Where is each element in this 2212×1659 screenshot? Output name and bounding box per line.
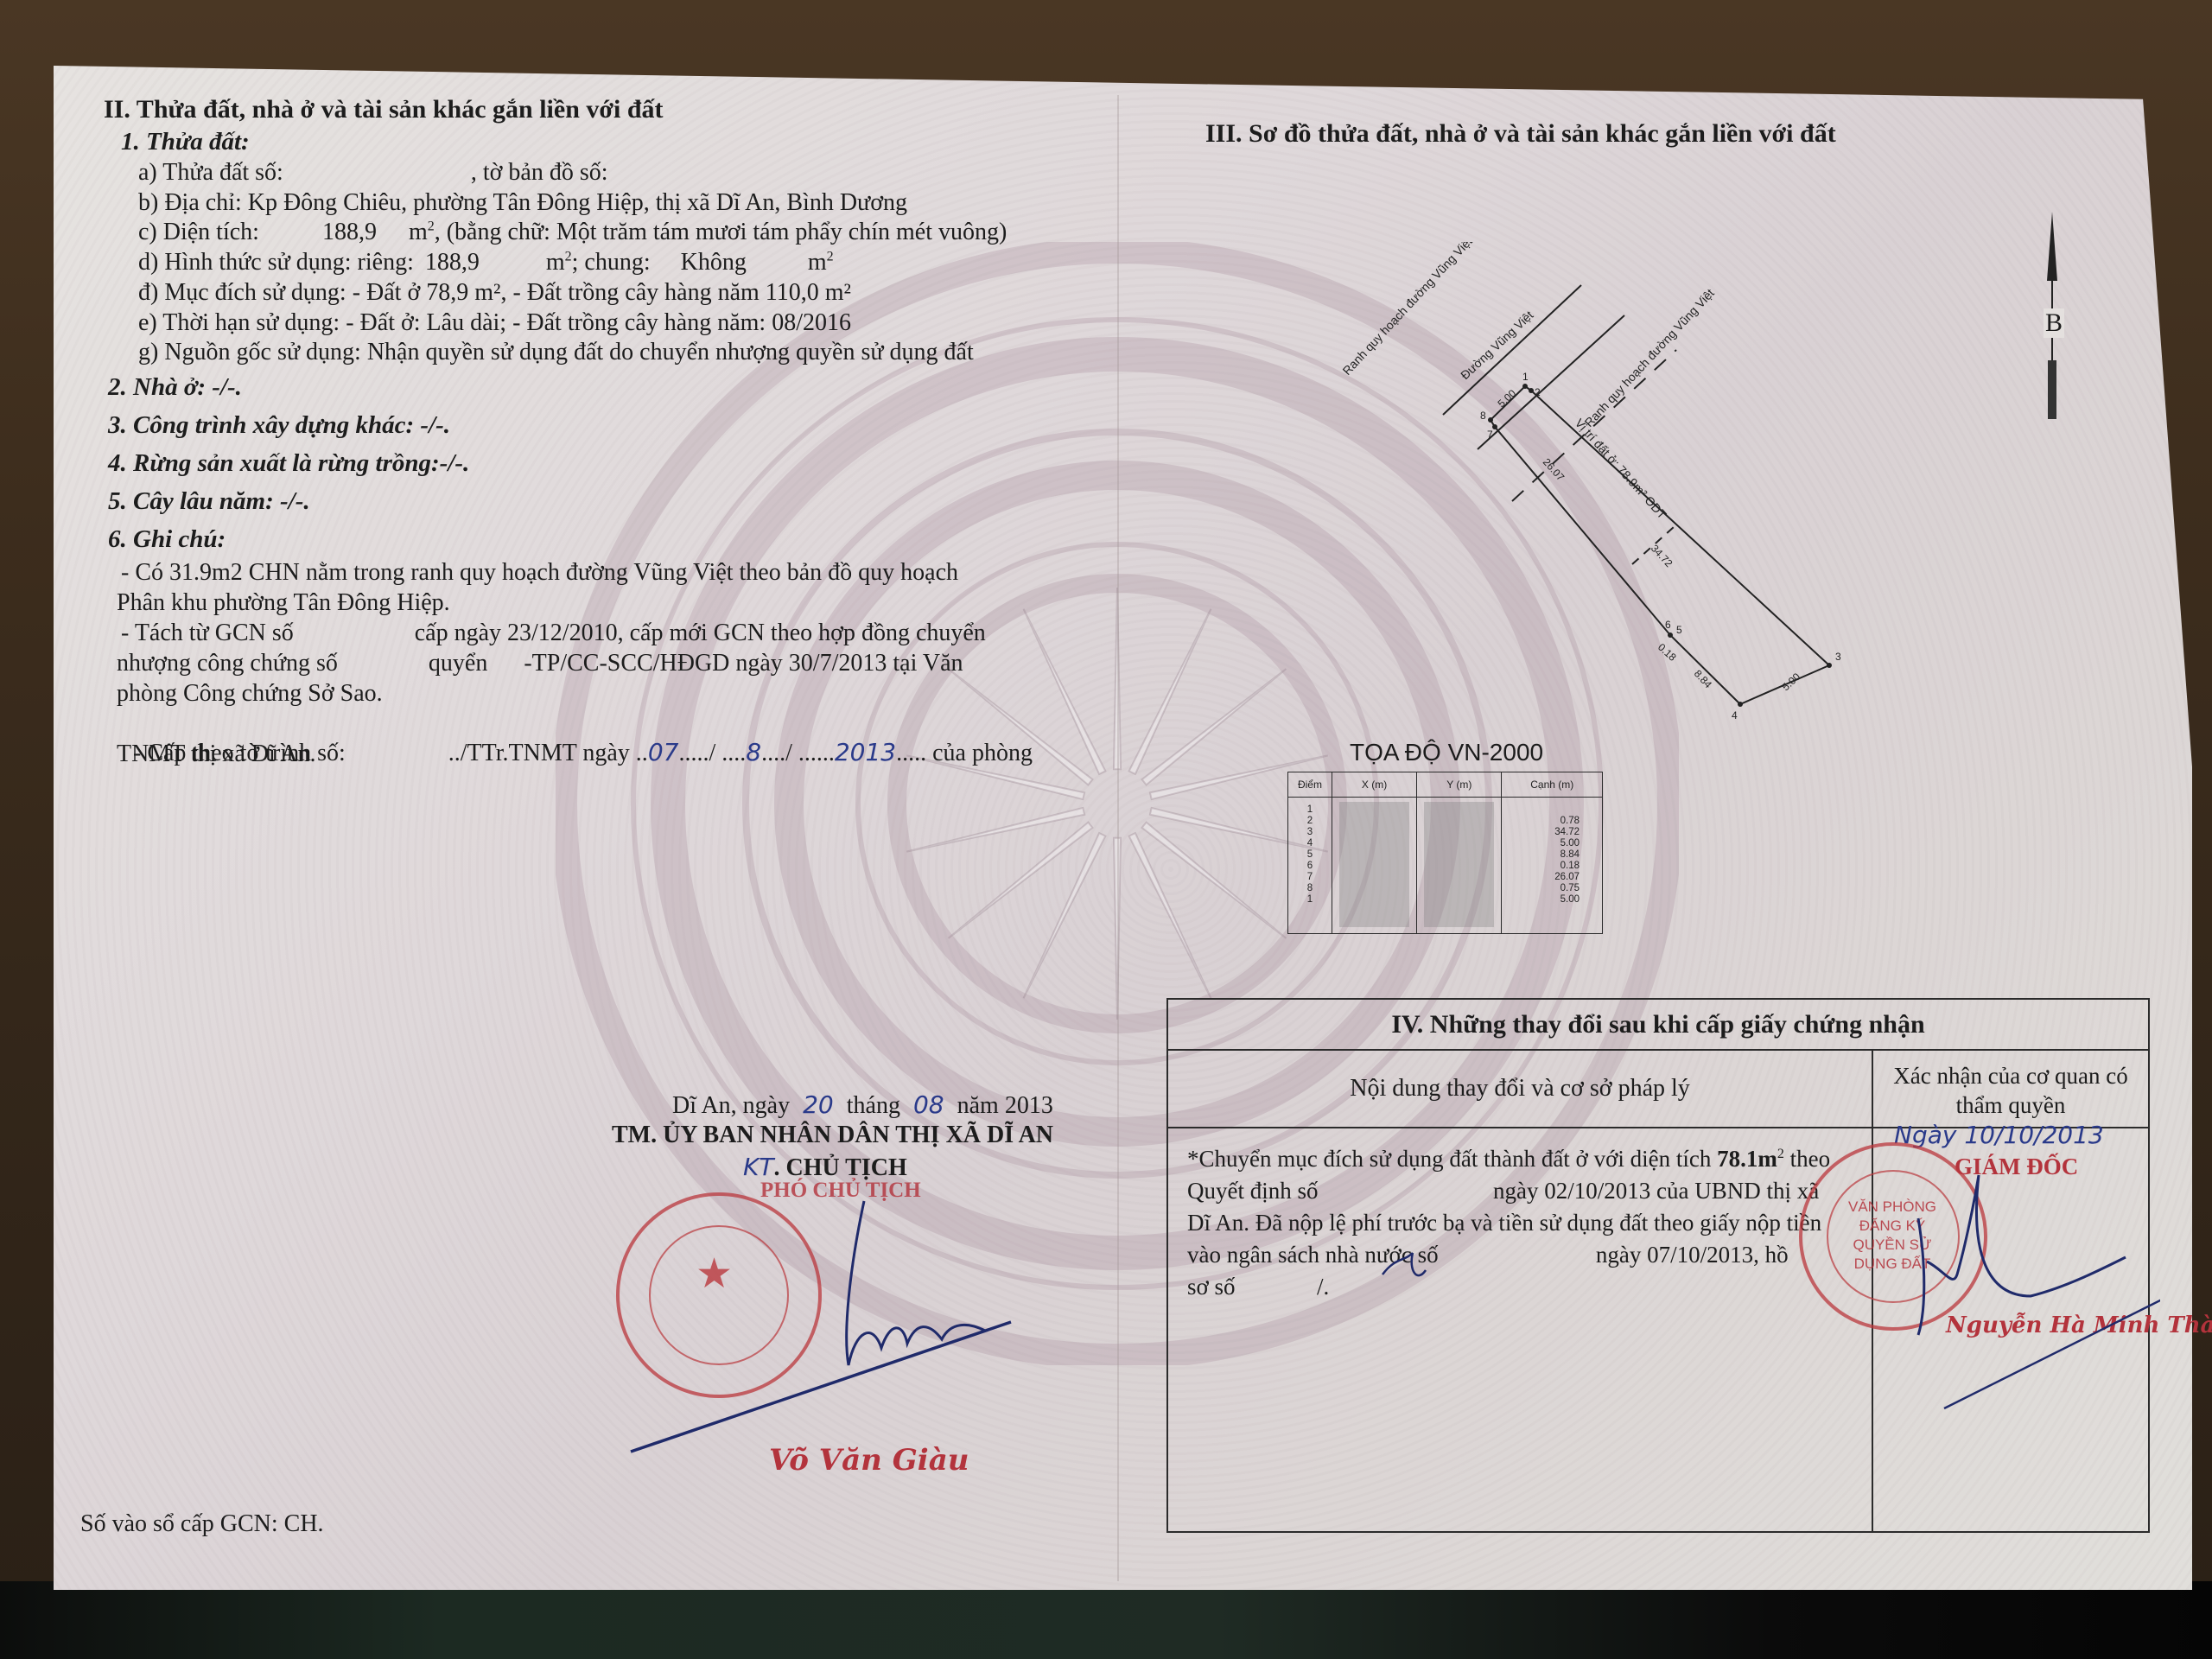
coordinates-table: Điểm X (m) Y (m) Cạnh (m) 123456781 0.78… <box>1287 772 1603 934</box>
section-3-title: III. Sơ đồ thửa đất, nhà ở và tài sản kh… <box>1205 119 1836 149</box>
other-works-label: 3. Công trình xây dựng khác: <box>108 411 414 439</box>
vice-chair-stamp: PHÓ CHỦ TỊCH <box>760 1179 921 1203</box>
report-sep: ...../ .... <box>678 740 746 766</box>
note-line: phòng Công chứng Sở Sao. <box>117 680 383 708</box>
other-works-item: 3. Công trình xây dựng khác: -/-. <box>108 411 450 440</box>
svg-text:4: 4 <box>1732 709 1738 721</box>
col-x: X (m) <box>1332 772 1416 798</box>
entry-line: Quyết định số ngày 02/10/2013 của UBND t… <box>1187 1175 1870 1207</box>
section-4-title: IV. Những thay đổi sau khi cấp giấy chứn… <box>1168 1000 2148 1051</box>
report-tail: ..... của phòng <box>896 740 1033 766</box>
other-works-value: -/-. <box>420 411 450 439</box>
point-id: 4 <box>1288 838 1332 849</box>
private-area: 188,9 <box>425 249 480 276</box>
report-month: 8 <box>746 738 761 766</box>
edge-length: 0.78 <box>1502 816 1580 827</box>
area-in-words: , (bằng chữ: Một trăm tám mươi tám phẩy … <box>435 219 1007 245</box>
issuing-org: TM. ỦY BAN NHÂN DÂN THỊ XÃ DĨ AN <box>612 1122 1053 1149</box>
svg-text:8.84: 8.84 <box>1692 667 1714 690</box>
svg-text:5.00: 5.00 <box>1779 671 1802 693</box>
entry-text: *Chuyển mục đích sử dụng đất thành đất ở… <box>1187 1146 1717 1172</box>
term-line: e) Thời hạn sử dụng: - Đất ở: Lâu dài; -… <box>138 309 851 337</box>
area-value: 188,9 <box>322 219 377 245</box>
col-change-content: Nội dung thay đổi và cơ sở pháp lý <box>1168 1051 1872 1127</box>
note-line: TNMT thị xã Dĩ An. <box>117 741 315 768</box>
svg-text:3: 3 <box>1835 651 1841 663</box>
star-icon: ★ <box>696 1249 733 1298</box>
report-sep: ..../ ...... <box>761 740 835 766</box>
usage-form-label: d) Hình thức sử dụng: riêng: <box>138 249 414 276</box>
section-2-title: II. Thửa đất, nhà ở và tài sản khác gắn … <box>104 95 664 124</box>
edge-length: 5.00 <box>1502 838 1580 849</box>
y-values-redacted <box>1417 798 1502 934</box>
land-heading: 1. Thửa đất: <box>121 128 250 156</box>
svg-text:Ranh quy hoạch đường Vũng Việt: Ranh quy hoạch đường Vũng Việt <box>1339 242 1474 378</box>
forest-label: 4. Rừng sản xuất là rừng trồng: <box>108 449 440 477</box>
col-y: Y (m) <box>1417 772 1502 798</box>
svg-text:0.18: 0.18 <box>1656 641 1679 664</box>
edge-length: 8.84 <box>1502 849 1580 861</box>
point-id: 1 <box>1288 894 1332 906</box>
perennial-label: 5. Cây lâu năm: <box>108 487 274 515</box>
point-id: 3 <box>1288 827 1332 838</box>
house-value: -/-. <box>212 373 242 401</box>
svg-text:5.00: 5.00 <box>1495 387 1518 410</box>
note-line: Phân khu phường Tân Đông Hiệp. <box>117 589 450 617</box>
month-label: tháng <box>847 1092 900 1119</box>
private-unit: m <box>546 249 565 276</box>
svg-text:7: 7 <box>1487 429 1493 441</box>
x-values-redacted <box>1332 798 1416 934</box>
edge-length: 0.18 <box>1502 861 1580 872</box>
svg-text:26.07: 26.07 <box>1541 456 1567 484</box>
usage-form-line: d) Hình thức sử dụng: riêng: 188,9 m2; c… <box>138 249 834 276</box>
svg-text:Vị trí đất ở: 78.9m² ODT: Vị trí đất ở: 78.9m² ODT <box>1573 416 1670 522</box>
date-prefix: Dĩ An, ngày <box>672 1092 790 1119</box>
svg-text:34.72: 34.72 <box>1649 542 1675 569</box>
edge-length: 34.72 <box>1502 827 1580 838</box>
change-entry: *Chuyển mục đích sử dụng đất thành đất ở… <box>1187 1138 1870 1303</box>
signing-date: Dĩ An, ngày 20 tháng 08 năm 2013 <box>672 1090 1053 1120</box>
edge-length: 0.75 <box>1502 883 1580 894</box>
position-title: . CHỦ TỊCH <box>773 1154 906 1181</box>
entry-line: sơ số /. <box>1187 1271 1870 1303</box>
area-unit: m <box>409 219 428 245</box>
right-signer-name: Nguyễn Hà Minh Thành <box>1946 1313 2212 1338</box>
shared-area: Không <box>681 249 747 276</box>
shared-label: ; chung: <box>572 249 651 276</box>
entry-tail: theo <box>1784 1146 1830 1172</box>
edge-length: 26.07 <box>1502 872 1580 883</box>
director-title: GIÁM ĐỐC <box>1955 1154 2078 1180</box>
note-line: - Có 31.9m2 CHN nằm trong ranh quy hoạch… <box>121 559 958 587</box>
vertex-1: 1 <box>1522 371 1529 383</box>
svg-text:6: 6 <box>1665 619 1671 631</box>
note-line: nhượng công chứng số quyển -TP/CC-SCC/HĐ… <box>117 650 963 677</box>
registry-number: Số vào sổ cấp GCN: CH. <box>80 1510 324 1538</box>
address-line: b) Địa chỉ: Kp Đông Chiêu, phường Tân Đô… <box>138 189 907 217</box>
svg-text:5: 5 <box>1676 624 1682 636</box>
entry-area: 78.1m <box>1717 1146 1777 1172</box>
report-year: 2013 <box>835 738 896 766</box>
changes-table: IV. Những thay đổi sau khi cấp giấy chứn… <box>1166 998 2150 1533</box>
entry-line: vào ngân sách nhà nước số ngày 07/10/201… <box>1187 1239 1870 1271</box>
entry-line: *Chuyển mục đích sử dụng đất thành đất ở… <box>1187 1138 1870 1175</box>
coords-title: TỌA ĐỘ VN-2000 <box>1350 739 1543 766</box>
parcel-number-line: a) Thửa đất số: , tờ bản đồ số: <box>138 159 608 187</box>
area-label: c) Diện tích: <box>138 219 259 245</box>
perennial-value: -/-. <box>280 487 310 515</box>
svg-text:Ranh quy hoạch đường Vũng Việt: Ranh quy hoạch đường Vũng Việt <box>1581 286 1716 429</box>
point-id: 8 <box>1288 883 1332 894</box>
notes-heading: 6. Ghi chú: <box>108 525 226 554</box>
left-signer-name: Võ Văn Giàu <box>769 1443 969 1478</box>
edge-list: 0.7834.725.008.840.1826.070.755.00 <box>1502 798 1603 934</box>
north-label: B <box>2044 308 2064 338</box>
signer-position: KT. CHỦ TỊCH <box>743 1153 907 1182</box>
point-id: 7 <box>1288 872 1332 883</box>
year-label: năm 2013 <box>957 1092 1053 1119</box>
confirm-date-handwritten: Ngày 10/10/2013 <box>1894 1121 2104 1149</box>
svg-text:2: 2 <box>1535 386 1541 398</box>
right-official-seal: VĂN PHÒNG ĐĂNG KÝ QUYỀN SỬ DỤNG ĐẤT <box>1799 1142 1987 1331</box>
col-authority-confirmation: Xác nhận của cơ quan có thẩm quyền <box>1873 1061 2148 1120</box>
report-day: 07 <box>648 738 679 766</box>
forest-value: -/-. <box>440 449 470 477</box>
point-id: 1 <box>1288 804 1332 816</box>
left-official-seal: ★ <box>616 1192 822 1398</box>
kt-handwritten: KT <box>743 1153 773 1181</box>
seal-center-text: VĂN PHÒNG ĐĂNG KÝ QUYỀN SỬ DỤNG ĐẤT <box>1832 1198 1953 1274</box>
center-fold <box>1117 95 1119 1581</box>
svg-text:8: 8 <box>1480 410 1486 422</box>
point-id: 5 <box>1288 849 1332 861</box>
entry-line: Dĩ An. Đã nộp lệ phí trước bạ và tiền sử… <box>1187 1207 1870 1239</box>
perennial-item: 5. Cây lâu năm: -/-. <box>108 487 310 516</box>
shared-unit: m <box>808 249 827 276</box>
signing-month: 08 <box>913 1090 944 1119</box>
origin-line: g) Nguồn gốc sử dụng: Nhận quyền sử dụng… <box>138 339 974 366</box>
col-edge: Cạnh (m) <box>1502 772 1603 798</box>
point-id: 2 <box>1288 816 1332 827</box>
edge-length: 5.00 <box>1502 894 1580 906</box>
house-item: 2. Nhà ở: -/-. <box>108 373 242 402</box>
point-list: 123456781 <box>1288 798 1332 934</box>
area-line: c) Diện tích: 188,9 m2, (bằng chữ: Một t… <box>138 219 1007 246</box>
note-line: - Tách từ GCN số cấp ngày 23/12/2010, cấ… <box>121 620 986 647</box>
point-id: 6 <box>1288 861 1332 872</box>
house-label: 2. Nhà ở: <box>108 373 206 401</box>
changes-table-header: Nội dung thay đổi và cơ sở pháp lý Xác n… <box>1168 1051 2148 1128</box>
forest-item: 4. Rừng sản xuất là rừng trồng:-/-. <box>108 449 469 478</box>
parcel-diagram: 1 2 3 4 5 6 7 8 5.00 34.72 26.07 0.18 8.… <box>1296 242 1918 743</box>
signing-day: 20 <box>803 1090 834 1119</box>
purpose-line: đ) Mục đích sử dụng: - Đất ở 78,9 m², - … <box>138 279 851 307</box>
floor-background <box>0 1581 2212 1659</box>
col-point: Điểm <box>1288 772 1332 798</box>
